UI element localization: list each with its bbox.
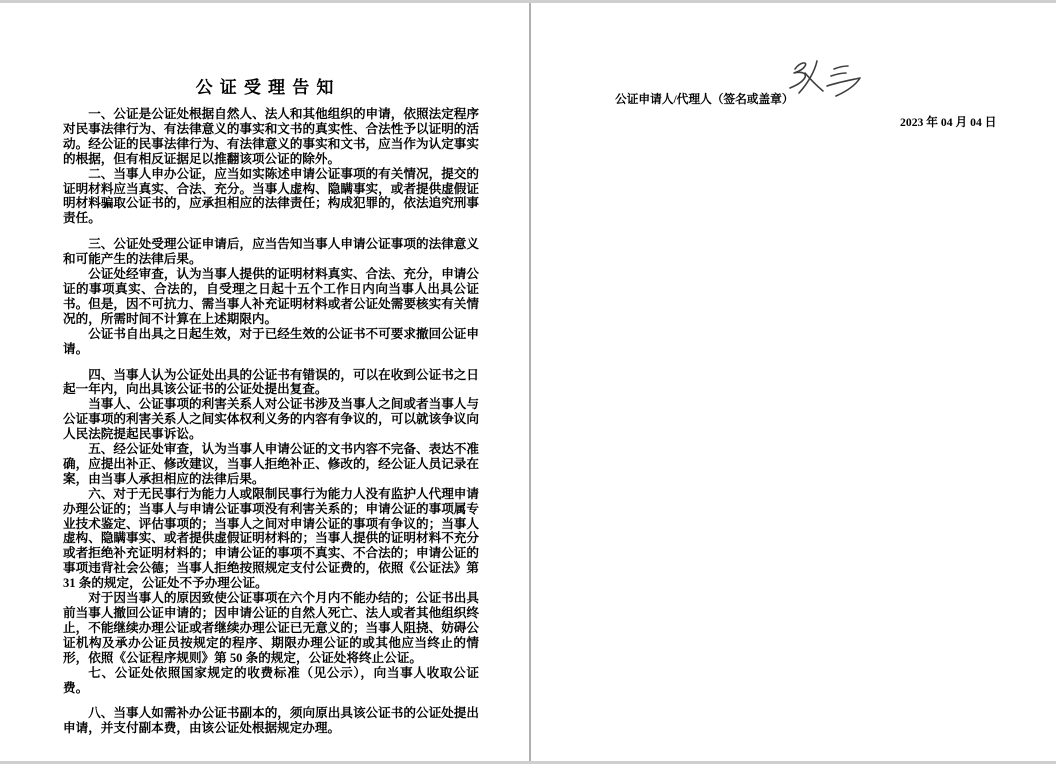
- notice-paragraph: 八、当事人如需补办公证书副本的，须向原出具该公证书的公证处提出申请，并支付副本费…: [63, 706, 479, 736]
- notice-body: 一、公证是公证处根据自然人、法人和其他组织的申请，依照法定程序对民事法律行为、有…: [63, 107, 479, 736]
- notice-paragraph: 一、公证是公证处根据自然人、法人和其他组织的申请，依照法定程序对民事法律行为、有…: [63, 107, 479, 167]
- notice-paragraph: 当事人、公证事项的利害关系人对公证书涉及当事人之间或者当事人与公证事项的利害关系…: [63, 397, 479, 442]
- notice-paragraph: 公证处经审查，认为当事人提供的证明材料真实、合法、充分，申请公证的事项真实、合法…: [63, 267, 479, 327]
- signature-stroke: [834, 66, 848, 69]
- signature-page: 公证申请人/代理人（签名或盖章） 张三 2023 年 04 月 04 日: [531, 3, 1056, 761]
- notice-page: 公证受理告知 一、公证是公证处根据自然人、法人和其他组织的申请，依照法定程序对民…: [0, 3, 529, 761]
- signature-stroke: [790, 63, 806, 88]
- signature-stroke: [831, 73, 846, 76]
- notice-paragraph: 四、当事人认为公证处出具的公证书有错误的，可以在收到公证书之日起一年内，向出具该…: [63, 368, 479, 398]
- signature-handwriting: 张三: [779, 55, 874, 103]
- notice-paragraph: 五、经公证处审查，认为当事人申请公证的文书内容不完备、表达不准确，应提出补正、修…: [63, 442, 479, 487]
- notice-paragraph: 公证书自出具之日起生效，对于已经生效的公证书不可要求撤回公证申请。: [63, 327, 479, 357]
- notice-paragraph: 七、公证处依照国家规定的收费标准（见公示），向当事人收取公证费。: [63, 666, 479, 696]
- signature-label: 公证申请人/代理人（签名或盖章）: [615, 91, 794, 107]
- page-title: 公证受理告知: [0, 73, 529, 98]
- notice-paragraph: 六、对于无民事行为能力人或限制民事行为能力人没有监护人代理申请办理公证的；当事人…: [63, 487, 479, 591]
- notice-paragraph: 二、当事人申办公证，应当如实陈述申请公证事项的有关情况，提交的证明材料应当真实、…: [63, 167, 479, 227]
- signature-stroke: [827, 78, 860, 96]
- notice-paragraph: 对于因当事人的原因致使公证事项在六个月内不能办结的；公证书出具前当事人撤回公证申…: [63, 591, 479, 666]
- page-divider: [529, 0, 531, 764]
- signature-date: 2023 年 04 月 04 日: [900, 114, 996, 130]
- top-edge: [0, 0, 1056, 3]
- notice-paragraph: 三、公证处受理公证申请后，应当告知当事人申请公证事项的法律意义和可能产生的法律后…: [63, 237, 479, 267]
